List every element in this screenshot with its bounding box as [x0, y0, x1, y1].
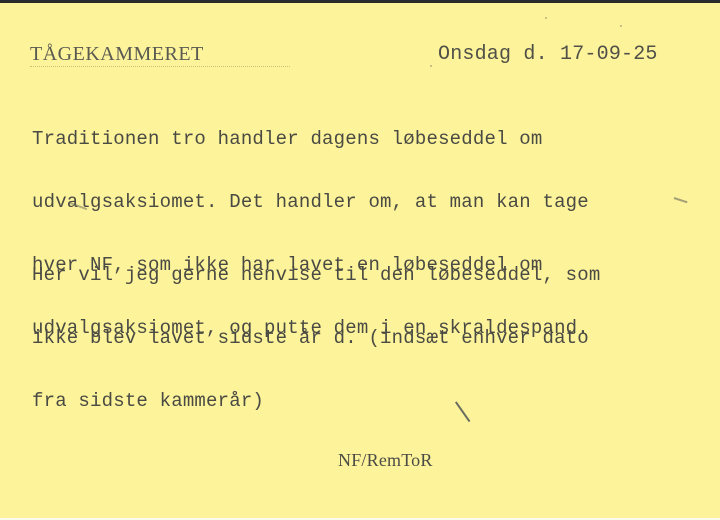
header-title: TÅGEKAMMERET: [30, 44, 204, 65]
header-date: Onsdag d. 17-09-25: [438, 44, 658, 65]
paper-speck: [430, 65, 432, 67]
signature: NF/RemToR: [338, 450, 433, 471]
paragraph-line: Traditionen tro handler dagens løbesedde…: [32, 129, 589, 150]
pen-mark: [674, 197, 688, 203]
paragraph-line: udvalgsaksiomet. Det handler om, at man …: [32, 192, 589, 213]
paragraph-line: ikke blev lavet sidste år d. (indsæt enh…: [32, 328, 601, 349]
paper-speck: [620, 25, 622, 27]
paper-speck: [545, 17, 547, 19]
paragraph-line: Her vil jeg gerne henvise til den løbese…: [32, 265, 601, 286]
title-underline: [30, 66, 290, 67]
paragraph-2: Her vil jeg gerne henvise til den løbese…: [32, 223, 601, 454]
typewritten-card: TÅGEKAMMERET Onsdag d. 17-09-25 Traditio…: [0, 0, 720, 520]
paragraph-line: fra sidste kammerår): [32, 391, 601, 412]
